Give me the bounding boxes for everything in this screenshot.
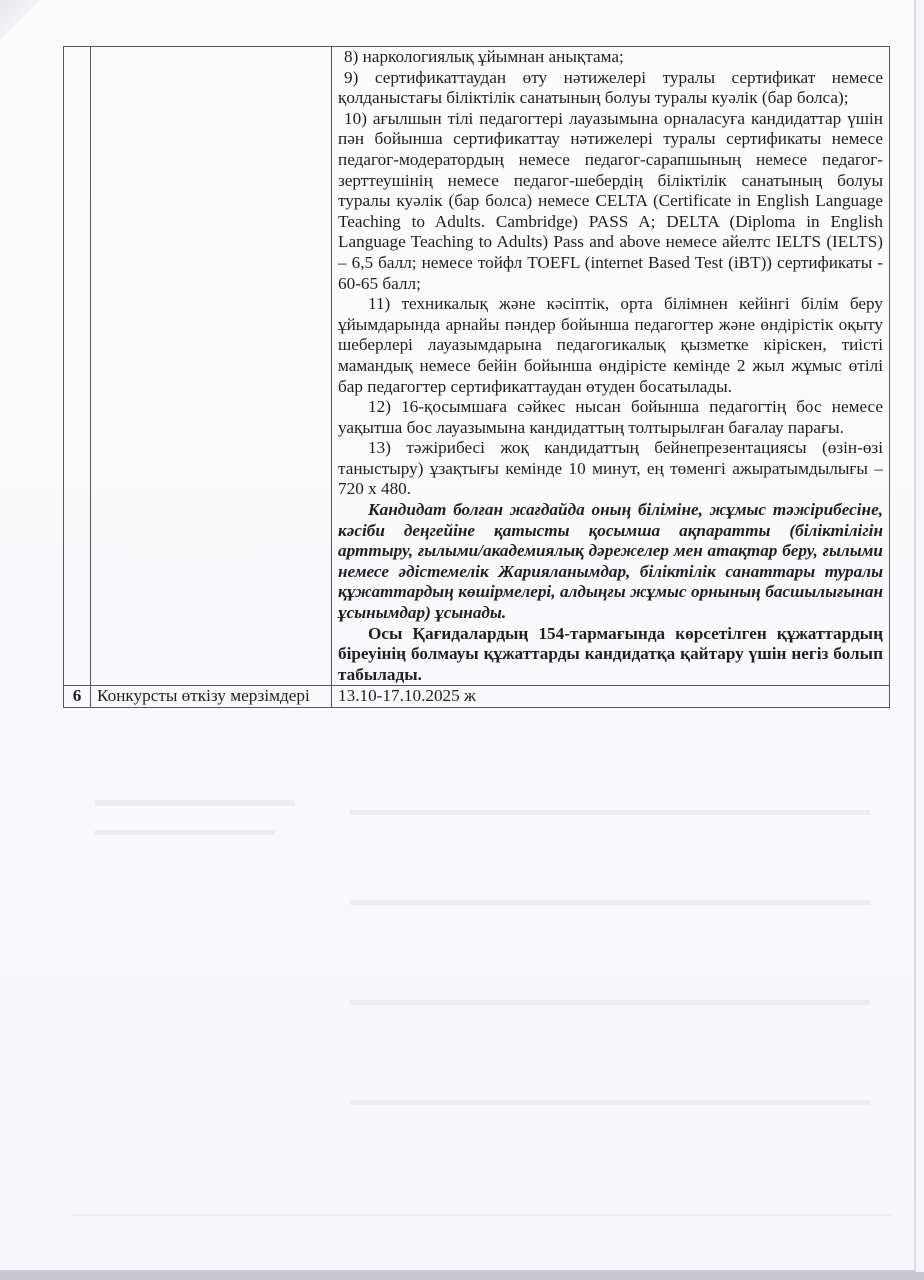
scanned-page: 8) наркологиялық ұйымнан анықтама; 9) се… — [0, 0, 916, 1272]
table-row-competition-dates: 6 Конкурсты өткізу мерзімдері 13.10-17.1… — [64, 686, 890, 708]
row-number — [64, 47, 91, 686]
list-item-9: 9) сертификаттаудан өту нәтижелері турал… — [338, 68, 883, 109]
document-return-rule: Осы Қағидалардың 154-тармағында көрсетіл… — [338, 624, 883, 686]
bleed-through-mark — [72, 1214, 892, 1216]
list-item-8: 8) наркологиялық ұйымнан анықтама; — [338, 47, 883, 68]
competition-dates-value: 13.10-17.10.2025 ж — [332, 686, 890, 708]
row-label: Конкурсты өткізу мерзімдері — [91, 686, 332, 708]
scan-bottom-edge — [0, 1272, 924, 1280]
list-item-13: 13) тәжірибесі жоқ кандидаттың бейнепрез… — [338, 438, 883, 500]
bleed-through-mark — [350, 900, 870, 905]
row-label — [91, 47, 332, 686]
documents-list-cell: 8) наркологиялық ұйымнан анықтама; 9) се… — [332, 47, 890, 686]
bleed-through-mark — [350, 1000, 870, 1005]
bleed-through-mark — [350, 810, 870, 815]
requirements-table: 8) наркологиялық ұйымнан анықтама; 9) се… — [63, 46, 890, 708]
page-corner-fold — [0, 0, 40, 40]
list-item-12: 12) 16-қосымшаға сәйкес нысан бойынша пе… — [338, 397, 883, 438]
additional-info-note: Кандидат болған жағдайда оның біліміне, … — [338, 500, 883, 624]
row-number: 6 — [64, 686, 91, 708]
list-item-11: 11) техникалық және кәсіптік, орта білім… — [338, 294, 883, 397]
bleed-through-mark — [95, 830, 275, 835]
table-row-documents: 8) наркологиялық ұйымнан анықтама; 9) се… — [64, 47, 890, 686]
bleed-through-mark — [95, 800, 295, 806]
bleed-through-mark — [350, 1100, 870, 1105]
list-item-10: 10) ағылшын тілі педагогтері лауазымына … — [338, 109, 883, 294]
